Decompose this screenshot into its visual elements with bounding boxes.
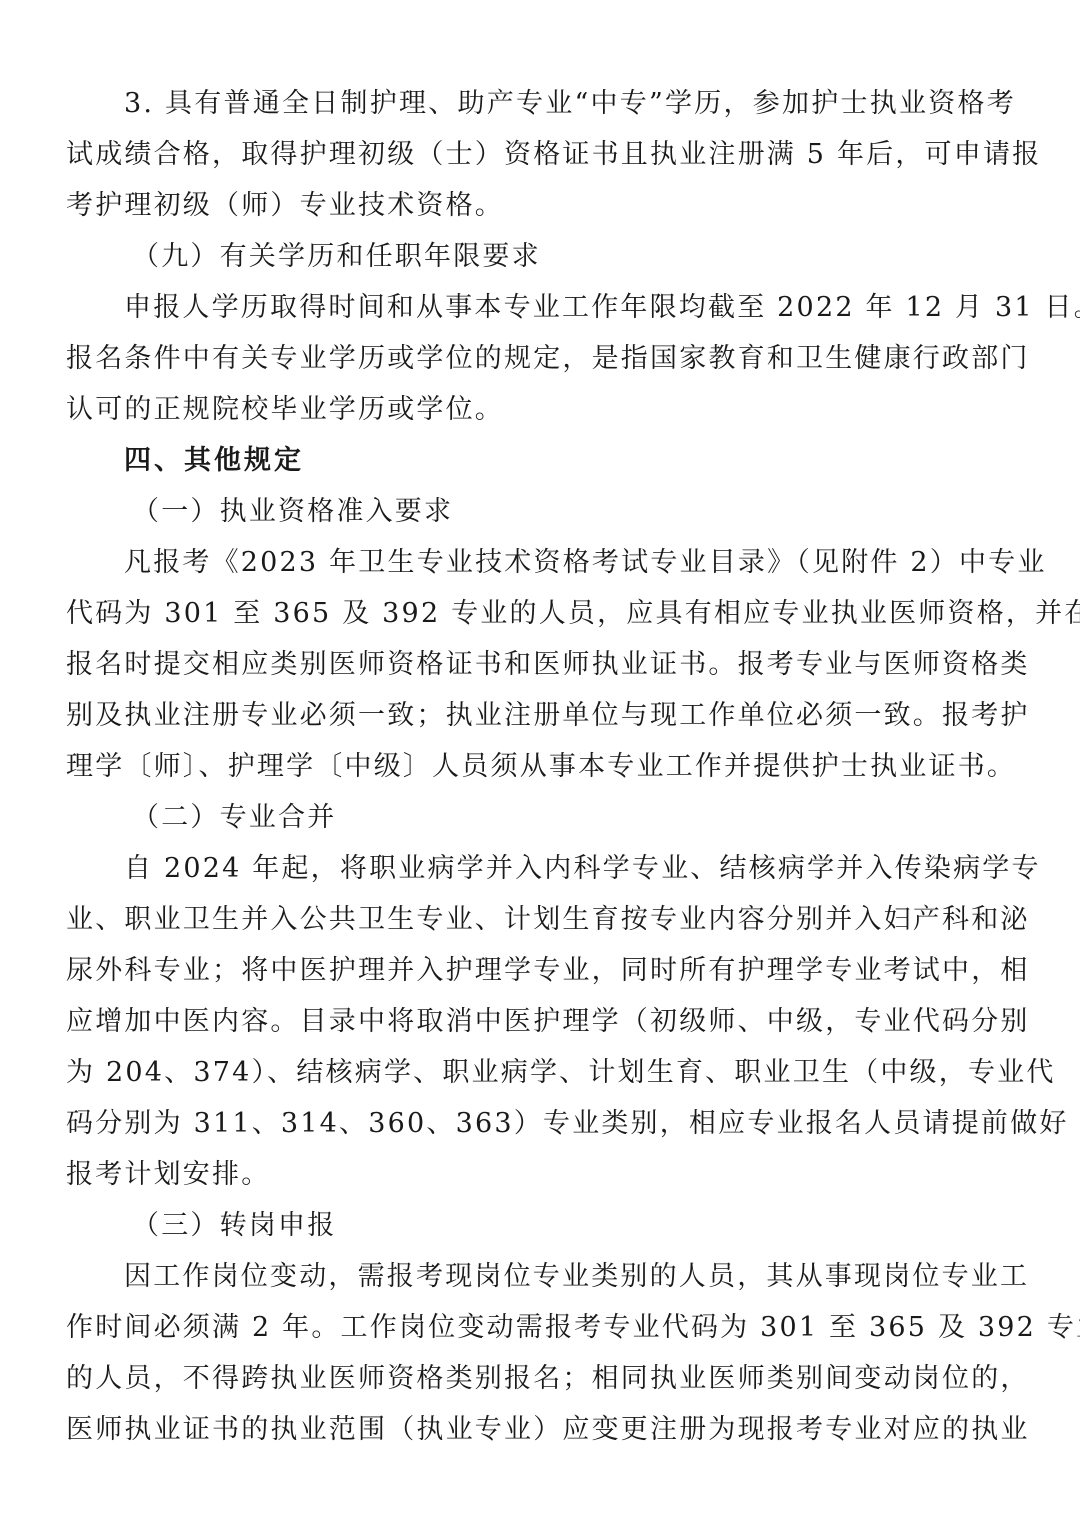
text-line: 报名时提交相应类别医师资格证书和医师执业证书。报考专业与医师资格类 — [66, 639, 1016, 690]
subheading-education-years: （九）有关学历和任职年限要求 — [66, 231, 1016, 282]
text-line: 业、职业卫生并入公共卫生专业、计划生育按专业内容分别并入妇产科和泌 — [66, 894, 1016, 945]
text-line: 别及执业注册专业必须一致；执业注册单位与现工作单位必须一致。报考护 — [66, 690, 1016, 741]
text-line: 申报人学历取得时间和从事本专业工作年限均截至 2022 年 12 月 31 日。 — [66, 282, 1016, 333]
text-line: 因工作岗位变动，需报考现岗位专业类别的人员，其从事现岗位专业工 — [66, 1251, 1016, 1302]
text-line: 码分别为 311、314、360、363）专业类别，相应专业报名人员请提前做好 — [66, 1098, 1016, 1149]
text-line: 为 204、374）、结核病学、职业病学、计划生育、职业卫生（中级，专业代 — [66, 1047, 1016, 1098]
text-line: 凡报考《2023 年卫生专业技术资格考试专业目录》（见附件 2）中专业 — [66, 537, 1016, 588]
text-line: 报名条件中有关专业学历或学位的规定，是指国家教育和卫生健康行政部门 — [66, 333, 1016, 384]
paragraph-specialty-merge: 自 2024 年起，将职业病学并入内科学专业、结核病学并入传染病学专 业、职业卫… — [66, 843, 1016, 1200]
text-line: 认可的正规院校毕业学历或学位。 — [66, 384, 1016, 435]
text-line: 代码为 301 至 365 及 392 专业的人员，应具有相应专业执业医师资格，… — [66, 588, 1016, 639]
text-line: 的人员，不得跨执业医师资格类别报名；相同执业医师类别间变动岗位的， — [66, 1353, 1016, 1404]
paragraph-education-deadline: 申报人学历取得时间和从事本专业工作年限均截至 2022 年 12 月 31 日。… — [66, 282, 1016, 435]
subheading-job-transfer: （三）转岗申报 — [66, 1200, 1016, 1251]
paragraph-practice-qualification: 凡报考《2023 年卫生专业技术资格考试专业目录》（见附件 2）中专业 代码为 … — [66, 537, 1016, 792]
document-page: 3. 具有普通全日制护理、助产专业“中专”学历，参加护士执业资格考 试成绩合格，… — [66, 78, 1016, 1455]
paragraph-nursing-qualification: 3. 具有普通全日制护理、助产专业“中专”学历，参加护士执业资格考 试成绩合格，… — [66, 78, 1016, 231]
text-line: 试成绩合格，取得护理初级（士）资格证书且执业注册满 5 年后，可申请报 — [66, 129, 1016, 180]
text-line: 考护理初级（师）专业技术资格。 — [66, 180, 1016, 231]
text-line: 报考计划安排。 — [66, 1149, 1016, 1200]
text-line: 作时间必须满 2 年。工作岗位变动需报考专业代码为 301 至 365 及 39… — [66, 1302, 1016, 1353]
text-line: 医师执业证书的执业范围（执业专业）应变更注册为现报考专业对应的执业 — [66, 1404, 1016, 1455]
paragraph-job-transfer: 因工作岗位变动，需报考现岗位专业类别的人员，其从事现岗位专业工 作时间必须满 2… — [66, 1251, 1016, 1455]
subheading-specialty-merge: （二）专业合并 — [66, 792, 1016, 843]
text-line: 尿外科专业；将中医护理并入护理学专业，同时所有护理学专业考试中，相 — [66, 945, 1016, 996]
text-line: 自 2024 年起，将职业病学并入内科学专业、结核病学并入传染病学专 — [66, 843, 1016, 894]
section-heading-other-rules: 四、其他规定 — [66, 435, 1016, 486]
text-line: 应增加中医内容。目录中将取消中医护理学（初级师、中级，专业代码分别 — [66, 996, 1016, 1047]
text-line: 理学〔师〕、护理学〔中级〕人员须从事本专业工作并提供护士执业证书。 — [66, 741, 1016, 792]
subheading-practice-qualification: （一）执业资格准入要求 — [66, 486, 1016, 537]
text-line: 3. 具有普通全日制护理、助产专业“中专”学历，参加护士执业资格考 — [66, 78, 1016, 129]
